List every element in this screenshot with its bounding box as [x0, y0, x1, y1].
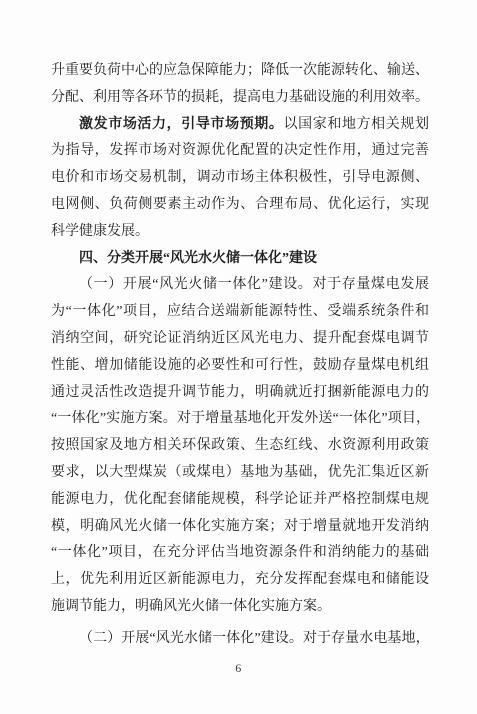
text-line: 消纳空间，研究论证消纳近区风光电力、提升配套煤电调节 [51, 326, 429, 353]
paragraph-first-line: 激发市场活力，引导市场预期。以国家和地方相关规划 [51, 112, 429, 139]
text-line: 分配、利用等各环节的损耗，提高电力基础设施的利用效率。 [51, 85, 429, 112]
bold-lead-text: 激发市场活力，引导市场预期。 [79, 117, 284, 132]
line-text: 电价和市场交易机制，调动市场主体积极性，引导电源侧、 [51, 170, 429, 185]
line-text: 按照国家及地方相关环保政策、生态红线、水资源利用政策 [51, 438, 429, 453]
line-text: 升重要负荷中心的应急保障能力；降低一次能源转化、输送、 [51, 63, 429, 78]
line-text: 能源电力，优化配套储能规模，科学论证并严格控制煤电规 [51, 492, 429, 507]
line-text: 通过灵活性改造提升调节能力，明确就近打捆新能源电力的 [51, 385, 429, 400]
text-line: 要求，以大型煤炭（或煤电）基地为基础，优先汇集近区新 [51, 460, 429, 487]
text-line: 升重要负荷中心的应急保障能力；降低一次能源转化、输送、 [51, 58, 429, 85]
text-line: 上，优先利用近区新能源电力，充分发挥配套煤电和储能设 [51, 567, 429, 594]
heading-text: 四、分类开展“风光水火储一体化”建设 [79, 251, 317, 266]
line-text: 为指导，发挥市场对资源优化配置的决定性作用，通过完善 [51, 143, 429, 158]
document-page: 升重要负荷中心的应急保障能力；降低一次能源转化、输送、 分配、利用等各环节的损耗… [0, 0, 477, 714]
text-line: “一体化”实施方案。对于增量基地化开发外送“一体化”项目， [51, 406, 429, 433]
line-text: 要求，以大型煤炭（或煤电）基地为基础，优先汇集近区新 [51, 465, 429, 480]
line-text: 分配、利用等各环节的损耗，提高电力基础设施的利用效率。 [51, 90, 429, 105]
text-line: 能源电力，优化配套储能规模，科学论证并严格控制煤电规 [51, 487, 429, 514]
line-text: 电网侧、负荷侧要素主动作为、合理布局、优化运行，实现 [51, 197, 429, 212]
line-text: 模，明确风光火储一体化实施方案；对于增量就地开发消纳 [51, 519, 429, 534]
text-line: “一体化”项目，在充分评估当地资源条件和消纳能力的基础 [51, 540, 429, 567]
text-line: 为“一体化”项目，应结合送端新能源特性、受端系统条件和 [51, 299, 429, 326]
line-text: 为“一体化”项目，应结合送端新能源特性、受端系统条件和 [51, 304, 429, 319]
line-text: 上，优先利用近区新能源电力，充分发挥配套煤电和储能设 [51, 572, 429, 587]
text-line: 为指导，发挥市场对资源优化配置的决定性作用，通过完善 [51, 138, 429, 165]
paragraph-last-line: 科学健康发展。 [51, 219, 429, 246]
paragraph-last-line: 施调节能力，明确风光火储一体化实施方案。 [51, 594, 429, 621]
section-heading: 四、分类开展“风光水火储一体化”建设 [51, 246, 429, 273]
line-text: 以国家和地方相关规划 [284, 117, 429, 132]
paragraph-first-line: （一）开展“风光火储一体化”建设。对于存量煤电发展 [51, 272, 429, 299]
line-text: （二）开展“风光水储一体化”建设。对于存量水电基地， [79, 631, 429, 646]
paragraph-first-line: （二）开展“风光水储一体化”建设。对于存量水电基地， [51, 626, 429, 653]
line-text: 施调节能力，明确风光火储一体化实施方案。 [51, 599, 331, 614]
text-line: 按照国家及地方相关环保政策、生态红线、水资源利用政策 [51, 433, 429, 460]
text-line: 通过灵活性改造提升调节能力，明确就近打捆新能源电力的 [51, 380, 429, 407]
line-text: 消纳空间，研究论证消纳近区风光电力、提升配套煤电调节 [51, 331, 429, 346]
line-text: 性能、增加储能设施的必要性和可行性，鼓励存量煤电机组 [51, 358, 429, 373]
text-line: 性能、增加储能设施的必要性和可行性，鼓励存量煤电机组 [51, 353, 429, 380]
line-text: “一体化”实施方案。对于增量基地化开发外送“一体化”项目， [51, 411, 429, 426]
text-line: 模，明确风光火储一体化实施方案；对于增量就地开发消纳 [51, 514, 429, 541]
page-number: 6 [0, 661, 477, 676]
line-text: “一体化”项目，在充分评估当地资源条件和消纳能力的基础 [51, 545, 429, 560]
text-line: 电网侧、负荷侧要素主动作为、合理布局、优化运行，实现 [51, 192, 429, 219]
text-line: 电价和市场交易机制，调动市场主体积极性，引导电源侧、 [51, 165, 429, 192]
document-body: 升重要负荷中心的应急保障能力；降低一次能源转化、输送、 分配、利用等各环节的损耗… [51, 58, 429, 653]
line-text: 科学健康发展。 [51, 224, 149, 239]
line-text: （一）开展“风光火储一体化”建设。对于存量煤电发展 [79, 277, 429, 292]
